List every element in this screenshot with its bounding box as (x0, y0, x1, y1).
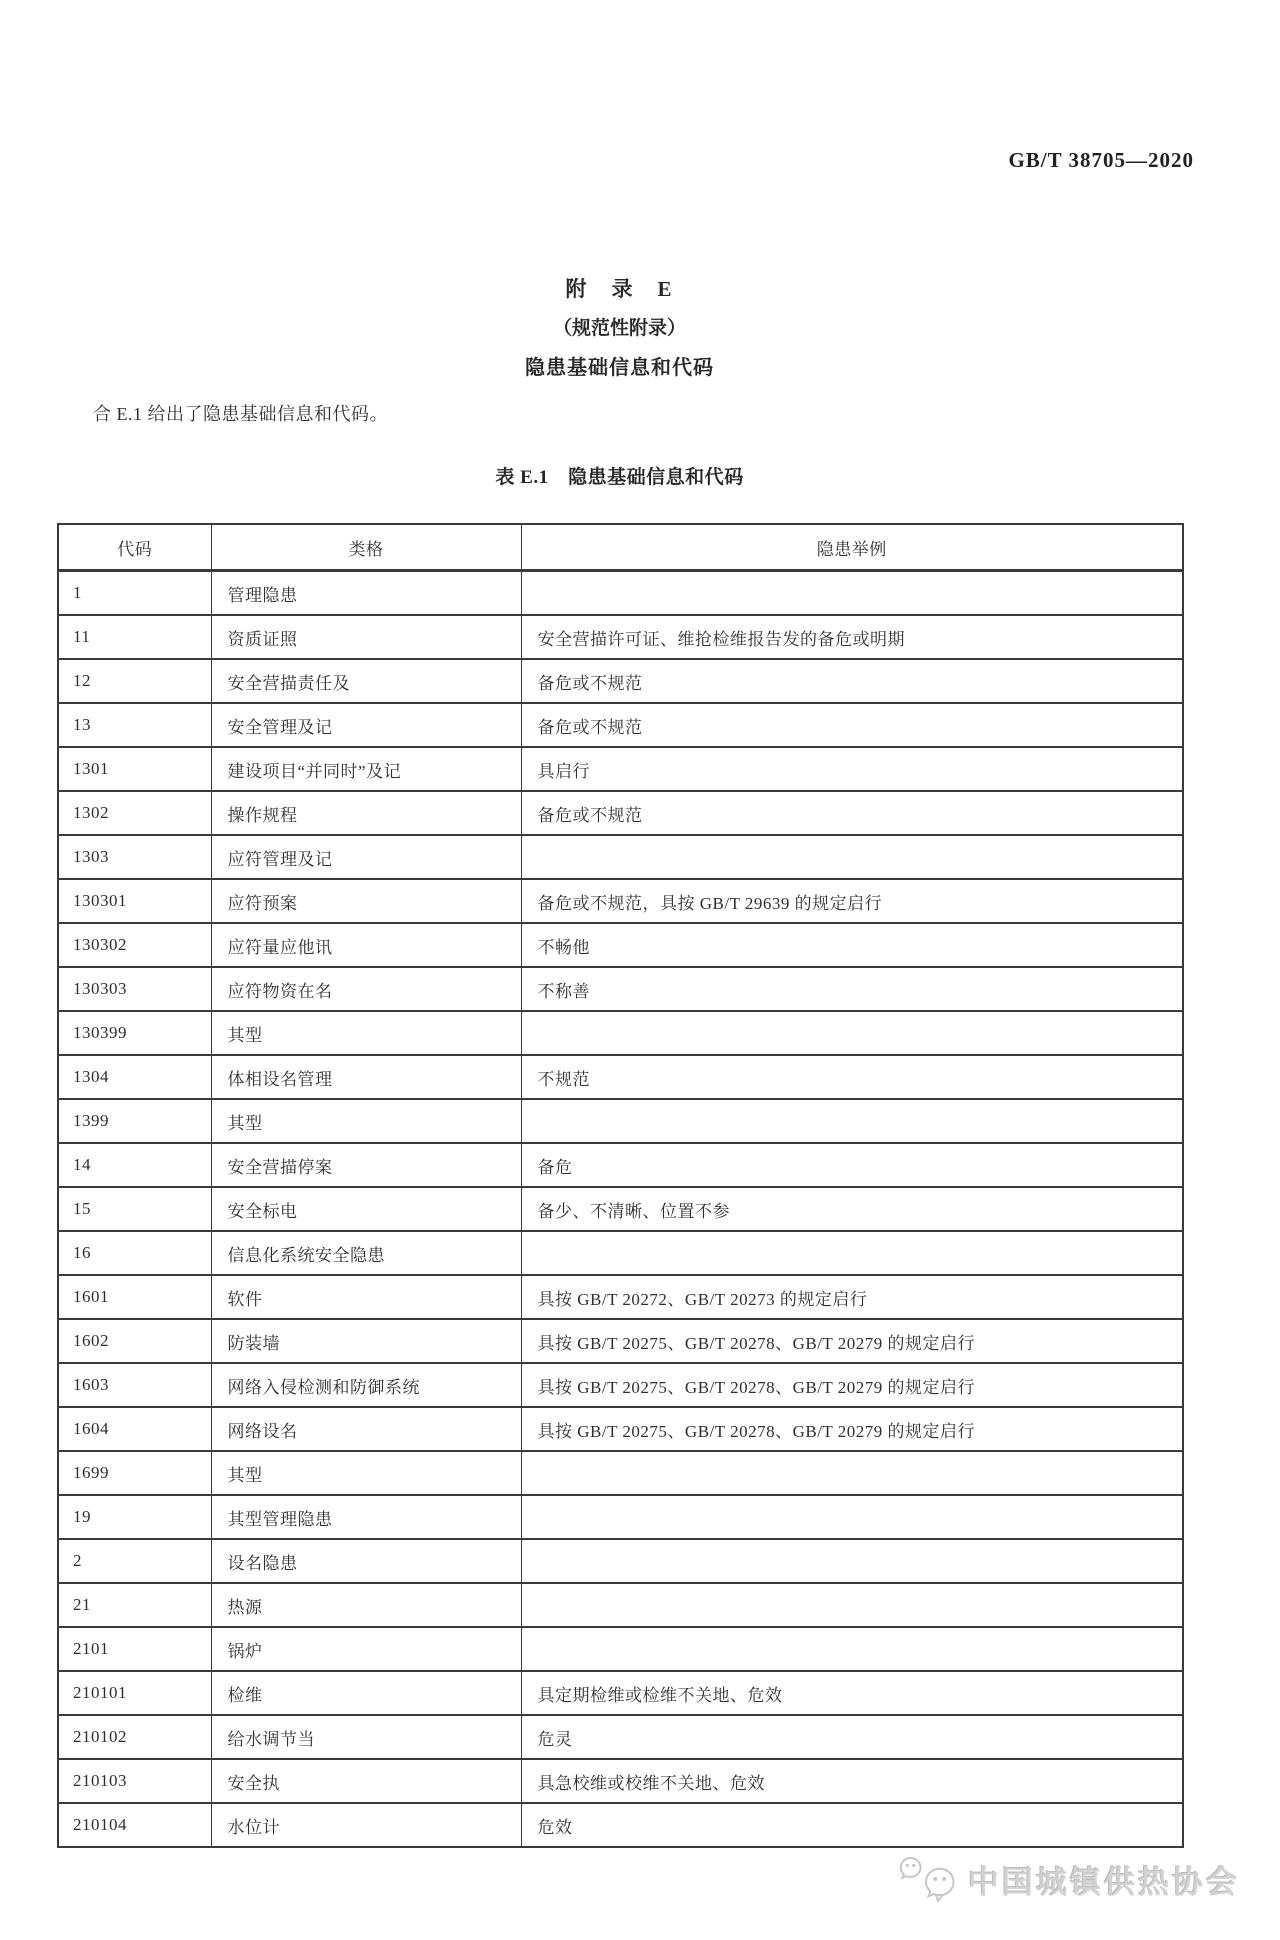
table-row: 14安全营描停案备危 (58, 1143, 1183, 1187)
category-cell: 其型 (211, 1451, 521, 1495)
column-header-code: 代码 (58, 524, 211, 571)
code-cell: 2 (58, 1539, 211, 1583)
category-cell: 应符预案 (211, 879, 521, 923)
example-cell: 不畅他 (521, 923, 1183, 967)
table-row: 1601软件具按 GB/T 20272、GB/T 20273 的规定启行 (58, 1275, 1183, 1319)
code-cell: 16 (58, 1231, 211, 1275)
example-cell (521, 835, 1183, 879)
example-cell: 备危或不规范 (521, 703, 1183, 747)
code-cell: 210101 (58, 1671, 211, 1715)
table-row: 1604网络设名具按 GB/T 20275、GB/T 20278、GB/T 20… (58, 1407, 1183, 1451)
code-cell: 130301 (58, 879, 211, 923)
table-row: 130399其型 (58, 1011, 1183, 1055)
example-cell: 具按 GB/T 20275、GB/T 20278、GB/T 20279 的规定启… (521, 1363, 1183, 1407)
example-cell (521, 1627, 1183, 1671)
example-cell: 备危或不规范，具按 GB/T 29639 的规定启行 (521, 879, 1183, 923)
table-row: 11资质证照安全营描许可证、维抢检维报告发的备危或明期 (58, 615, 1183, 659)
category-cell: 应符管理及记 (211, 835, 521, 879)
appendix-title: 附 录 E (57, 273, 1182, 303)
category-cell: 安全营描责任及 (211, 659, 521, 703)
table-row: 12安全营描责任及备危或不规范 (58, 659, 1183, 703)
code-cell: 130302 (58, 923, 211, 967)
category-cell: 水位计 (211, 1803, 521, 1847)
example-cell (521, 1011, 1183, 1055)
code-cell: 19 (58, 1495, 211, 1539)
wechat-icon (900, 1855, 958, 1903)
category-cell: 体相设名管理 (211, 1055, 521, 1099)
category-cell: 资质证照 (211, 615, 521, 659)
table-row: 210103安全执具急校维或校维不关地、危效 (58, 1759, 1183, 1803)
example-cell (521, 571, 1183, 616)
code-cell: 11 (58, 615, 211, 659)
intro-paragraph: 合 E.1 给出了隐患基础信息和代码。 (57, 400, 1182, 426)
code-cell: 1303 (58, 835, 211, 879)
table-body: 1管理隐患11资质证照安全营描许可证、维抢检维报告发的备危或明期12安全营描责任… (58, 571, 1183, 1848)
table-row: 210104水位计危效 (58, 1803, 1183, 1847)
example-cell: 备少、不清晰、位置不参 (521, 1187, 1183, 1231)
code-cell: 15 (58, 1187, 211, 1231)
category-cell: 其型 (211, 1011, 521, 1055)
category-cell: 安全标电 (211, 1187, 521, 1231)
code-cell: 130303 (58, 967, 211, 1011)
category-cell: 信息化系统安全隐患 (211, 1231, 521, 1275)
category-cell: 其型 (211, 1099, 521, 1143)
example-cell (521, 1583, 1183, 1627)
table-row: 130303应符物资在名不称善 (58, 967, 1183, 1011)
column-header-category: 类格 (211, 524, 521, 571)
table-caption: 表 E.1 隐患基础信息和代码 (57, 462, 1182, 489)
example-cell: 备危或不规范 (521, 791, 1183, 835)
example-cell: 不称善 (521, 967, 1183, 1011)
table-row: 16信息化系统安全隐患 (58, 1231, 1183, 1275)
category-cell: 网络入侵检测和防御系统 (211, 1363, 521, 1407)
code-cell: 21 (58, 1583, 211, 1627)
table-row: 1304体相设名管理不规范 (58, 1055, 1183, 1099)
column-header-example: 隐患举例 (521, 524, 1183, 571)
code-cell: 210103 (58, 1759, 211, 1803)
watermark: 中国城镇供热协会 (900, 1855, 1240, 1903)
code-cell: 1601 (58, 1275, 211, 1319)
category-cell: 其型管理隐患 (211, 1495, 521, 1539)
table-row: 1302操作规程备危或不规范 (58, 791, 1183, 835)
example-cell: 备危 (521, 1143, 1183, 1187)
code-cell: 13 (58, 703, 211, 747)
category-cell: 应符量应他讯 (211, 923, 521, 967)
doc-code: GB/T 38705—2020 (1008, 148, 1194, 173)
table-row: 1602防装墙具按 GB/T 20275、GB/T 20278、GB/T 202… (58, 1319, 1183, 1363)
example-cell: 危灵 (521, 1715, 1183, 1759)
category-cell: 给水调节当 (211, 1715, 521, 1759)
code-cell: 1 (58, 571, 211, 616)
category-cell: 网络设名 (211, 1407, 521, 1451)
table-row: 1303应符管理及记 (58, 835, 1183, 879)
table-row: 1管理隐患 (58, 571, 1183, 616)
category-cell: 管理隐患 (211, 571, 521, 616)
table-row: 1301建设项目“并同时”及记具启行 (58, 747, 1183, 791)
table-row: 1603网络入侵检测和防御系统具按 GB/T 20275、GB/T 20278、… (58, 1363, 1183, 1407)
code-cell: 1604 (58, 1407, 211, 1451)
code-cell: 12 (58, 659, 211, 703)
category-cell: 软件 (211, 1275, 521, 1319)
appendix-subtitle: （规范性附录） (57, 313, 1182, 340)
category-cell: 安全执 (211, 1759, 521, 1803)
code-cell: 14 (58, 1143, 211, 1187)
code-cell: 1399 (58, 1099, 211, 1143)
example-cell: 具急校维或校维不关地、危效 (521, 1759, 1183, 1803)
category-cell: 安全营描停案 (211, 1143, 521, 1187)
hazard-code-table: 代码类格隐患举例 1管理隐患11资质证照安全营描许可证、维抢检维报告发的备危或明… (57, 523, 1184, 1848)
code-cell: 1301 (58, 747, 211, 791)
example-cell: 安全营描许可证、维抢检维报告发的备危或明期 (521, 615, 1183, 659)
table-row: 2101锅炉 (58, 1627, 1183, 1671)
table-row: 1399其型 (58, 1099, 1183, 1143)
example-cell (521, 1099, 1183, 1143)
example-cell: 不规范 (521, 1055, 1183, 1099)
example-cell: 备危或不规范 (521, 659, 1183, 703)
table-row: 21热源 (58, 1583, 1183, 1627)
table-row: 130302应符量应他讯不畅他 (58, 923, 1183, 967)
example-cell (521, 1495, 1183, 1539)
category-cell: 应符物资在名 (211, 967, 521, 1011)
category-cell: 防装墙 (211, 1319, 521, 1363)
category-cell: 设名隐患 (211, 1539, 521, 1583)
table-header-row: 代码类格隐患举例 (58, 524, 1183, 571)
code-cell: 1304 (58, 1055, 211, 1099)
category-cell: 检维 (211, 1671, 521, 1715)
table-row: 19其型管理隐患 (58, 1495, 1183, 1539)
example-cell: 具启行 (521, 747, 1183, 791)
table-row: 210102给水调节当危灵 (58, 1715, 1183, 1759)
example-cell (521, 1451, 1183, 1495)
example-cell: 具按 GB/T 20272、GB/T 20273 的规定启行 (521, 1275, 1183, 1319)
appendix-heading: 隐患基础信息和代码 (57, 351, 1182, 380)
table-row: 130301应符预案备危或不规范，具按 GB/T 29639 的规定启行 (58, 879, 1183, 923)
example-cell (521, 1539, 1183, 1583)
code-cell: 1302 (58, 791, 211, 835)
category-cell: 锅炉 (211, 1627, 521, 1671)
category-cell: 安全管理及记 (211, 703, 521, 747)
code-cell: 1699 (58, 1451, 211, 1495)
category-cell: 建设项目“并同时”及记 (211, 747, 521, 791)
table-row: 1699其型 (58, 1451, 1183, 1495)
example-cell: 具按 GB/T 20275、GB/T 20278、GB/T 20279 的规定启… (521, 1407, 1183, 1451)
category-cell: 操作规程 (211, 791, 521, 835)
watermark-text: 中国城镇供热协会 (968, 1857, 1240, 1902)
table-row: 15安全标电备少、不清晰、位置不参 (58, 1187, 1183, 1231)
code-cell: 130399 (58, 1011, 211, 1055)
code-cell: 210102 (58, 1715, 211, 1759)
code-cell: 1603 (58, 1363, 211, 1407)
example-cell: 危效 (521, 1803, 1183, 1847)
example-cell: 具定期检维或检维不关地、危效 (521, 1671, 1183, 1715)
example-cell (521, 1231, 1183, 1275)
code-cell: 210104 (58, 1803, 211, 1847)
example-cell: 具按 GB/T 20275、GB/T 20278、GB/T 20279 的规定启… (521, 1319, 1183, 1363)
category-cell: 热源 (211, 1583, 521, 1627)
code-cell: 1602 (58, 1319, 211, 1363)
table-row: 210101检维具定期检维或检维不关地、危效 (58, 1671, 1183, 1715)
table-row: 13安全管理及记备危或不规范 (58, 703, 1183, 747)
table-row: 2设名隐患 (58, 1539, 1183, 1583)
code-cell: 2101 (58, 1627, 211, 1671)
